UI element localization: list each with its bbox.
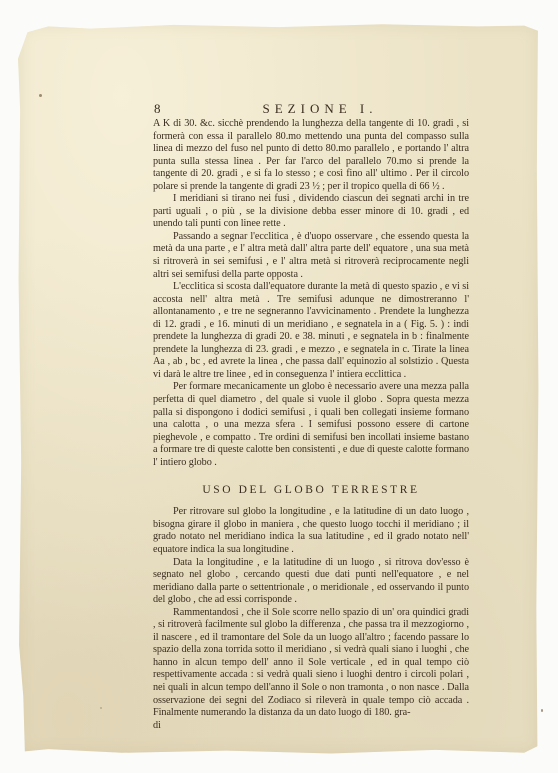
section-heading: USO DEL GLOBO TERRESTRE [153,483,469,497]
catchword: di [153,720,469,733]
ink-speck [39,94,42,97]
running-head: 8 SEZIONE I. [153,101,469,117]
paragraph: A K di 30. &c. sicchè prendendo la lungh… [153,118,469,193]
paragraph: L'ecclitica si scosta dall'equatore dura… [153,281,469,381]
paragraph: Per ritrovare sul globo la longitudine ,… [153,506,469,556]
ink-speck [100,707,102,709]
paragraph: I meridiani si tirano nei fusi , dividen… [153,193,469,231]
paragraph: Per formare mecanicamente un globo è nec… [153,381,469,469]
section-title: SEZIONE I. [153,101,469,117]
paragraph: Passando a segnar l'ecclitica , è d'uopo… [153,231,469,281]
paragraph: Rammentandosi , che il Sole scorre nello… [153,607,469,720]
page-text-block: 8 SEZIONE I. A K di 30. &c. sicchè prend… [153,101,469,732]
ink-speck [541,709,543,712]
paragraph: Data la longitudine , e la latitudine di… [153,557,469,607]
